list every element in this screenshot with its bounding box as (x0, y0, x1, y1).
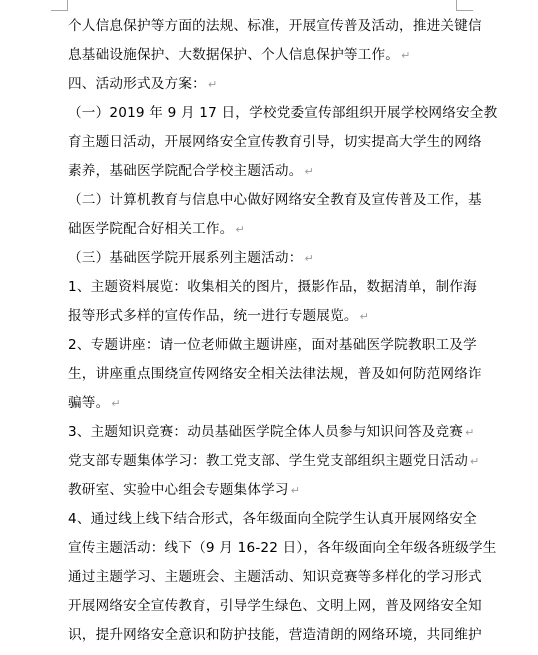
text-line-21: 开展网络安全宣传教育，引导学生绿色、文明上网，普及网络安全知 (68, 592, 456, 621)
text-line-22: 识，提升网络安全意识和防护技能，营造清朗的网络环境，共同维护 (68, 621, 456, 650)
paragraph-mark-icon: ↵ (208, 78, 217, 91)
text-line-19: 宣传主题活动：线下（9 月 16-22 日），各年级面向全年级各班级学生 (68, 534, 456, 563)
text-line-14: 骗等。↵ (68, 389, 456, 418)
paragraph-mark-icon: ↵ (111, 397, 120, 410)
text-line-13: 生，讲座重点围绕宣传网络安全相关法律法规，普及如何防范网络诈 (68, 360, 456, 389)
text-line-16: 党支部专题集体学习：教工党支部、学生党支部组织主题党日活动↵ (68, 447, 456, 476)
text-line-18: 4、通过线上线下结合形式，各年级面向全院学生认真开展网络安全 (68, 505, 456, 534)
paragraph-mark-icon: ↵ (305, 252, 314, 265)
text-line-9: （三）基础医学院开展系列主题活动：↵ (68, 244, 456, 273)
text-line-15: 3、主题知识竞赛：动员基础医学院全体人员参与知识问答及竞赛↵ (68, 418, 456, 447)
text-line-8: 础医学院配合好相关工作。↵ (68, 215, 456, 244)
text-line-12: 2、专题讲座：请一位老师做主题讲座，面对基础医学院教职工及学 (68, 331, 456, 360)
paragraph-mark-icon: ↵ (465, 426, 474, 439)
text-line-7: （二）计算机教育与信息中心做好网络安全教育及宣传普及工作，基 (68, 186, 456, 215)
section-heading: 四、活动形式及方案：↵ (68, 70, 456, 99)
paragraph-mark-icon: ↵ (236, 223, 245, 236)
text-line-2: 息基础设施保护、大数据保护、个人信息保护等工作。↵ (68, 41, 456, 70)
text-line-1: 个人信息保护等方面的法规、标准，开展宣传普及活动，推进关键信 (68, 12, 456, 41)
paragraph-mark-icon: ↵ (401, 49, 410, 62)
paragraph-mark-icon: ↵ (360, 310, 369, 323)
text-line-5: 育主题日活动，开展网络安全宣传教育引导，切实提高大学生的网络 (68, 128, 456, 157)
margin-corner-mark-right (456, 0, 473, 11)
margin-corner-mark-left (51, 0, 68, 11)
text-line-6: 素养，基础医学院配合学校主题活动。↵ (68, 157, 456, 186)
text-line-4: （一）2019 年 9 月 17 日，学校党委宣传部组织开展学校网络安全教 (68, 99, 456, 128)
text-line-20: 通过主题学习、主题班会、主题活动、知识竞赛等多样化的学习形式 (68, 563, 456, 592)
text-line-10: 1、主题资料展览：收集相关的图片，摄影作品，数据清单，制作海 (68, 273, 456, 302)
paragraph-mark-icon: ↵ (291, 484, 300, 497)
paragraph-mark-icon: ↵ (305, 165, 314, 178)
text-line-11: 报等形式多样的宣传作品，统一进行专题展览。↵ (68, 302, 456, 331)
text-line-17: 教研室、实验中心组会专题集体学习↵ (68, 476, 456, 505)
document-body[interactable]: 个人信息保护等方面的法规、标准，开展宣传普及活动，推进关键信 息基础设施保护、大… (68, 12, 456, 650)
paragraph-mark-icon: ↵ (470, 455, 479, 468)
document-page[interactable]: 个人信息保护等方面的法规、标准，开展宣传普及活动，推进关键信 息基础设施保护、大… (0, 0, 538, 655)
